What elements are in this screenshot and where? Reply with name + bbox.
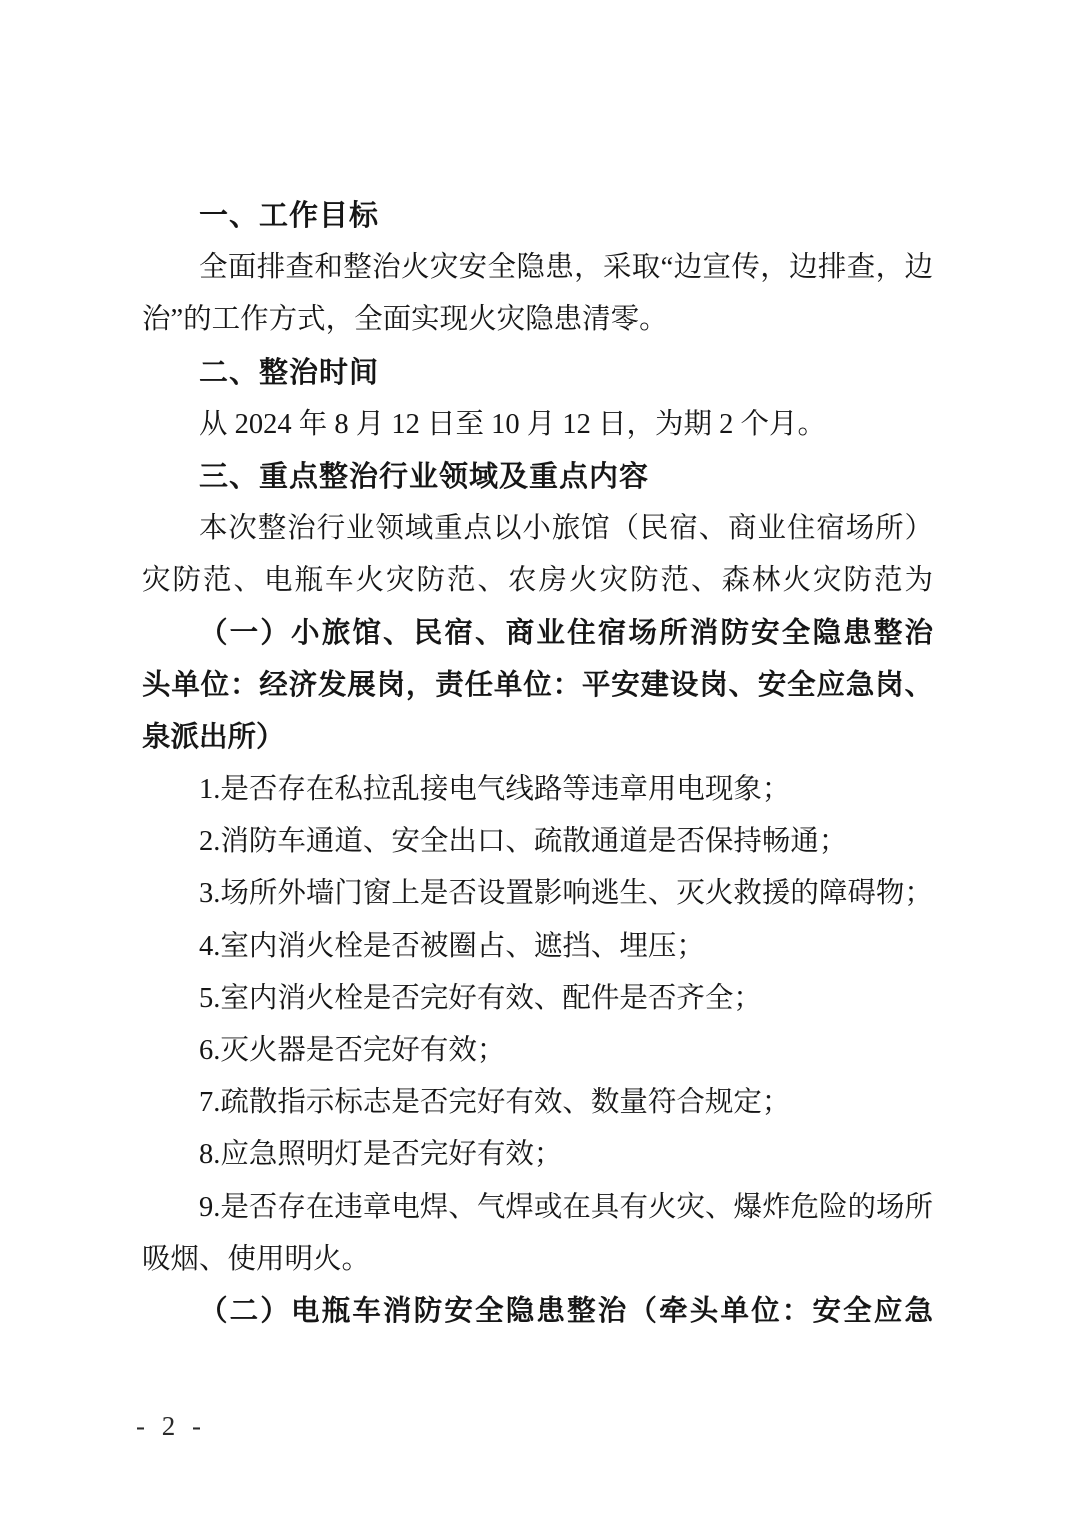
page-number: - 2 - [136, 1408, 206, 1444]
document-body: 一、工作目标 全面排查和整治火灾安全隐患，采取“边宣传，边排查，边整 治”的工作… [142, 190, 933, 1338]
heading-work-goals: 一、工作目标 [142, 190, 933, 242]
checklist-item-7: 7.疏散指示标志是否完好有效、数量符合规定； [142, 1077, 933, 1129]
checklist-item-2: 2.消防车通道、安全出口、疏散通道是否保持畅通； [142, 816, 933, 868]
checklist-item-9-line-2: 吸烟、使用明火。 [142, 1234, 933, 1286]
subheading-hotel-rectification-line-2: 头单位：经济发展岗，责任单位：平安建设岗、安全应急岗、东 [142, 660, 933, 712]
checklist-item-9-line-1: 9.是否存在违章电焊、气焊或在具有火灾、爆炸危险的场所 [142, 1182, 933, 1234]
document-page: 一、工作目标 全面排查和整治火灾安全隐患，采取“边宣传，边排查，边整 治”的工作… [0, 0, 1074, 1520]
checklist-item-5: 5.室内消火栓是否完好有效、配件是否齐全； [142, 973, 933, 1025]
para-rectification-time: 从 2024 年 8 月 12 日至 10 月 12 日，为期 2 个月。 [142, 399, 933, 451]
subheading-hotel-rectification-line-1: （一）小旅馆、民宿、商业住宿场所消防安全隐患整治（牵 [142, 608, 933, 660]
para-work-goals-line-1: 全面排查和整治火灾安全隐患，采取“边宣传，边排查，边整 [142, 242, 933, 294]
checklist-item-6: 6.灭火器是否完好有效； [142, 1025, 933, 1077]
heading-rectification-time: 二、整治时间 [142, 347, 933, 399]
para-key-industries-line-1: 本次整治行业领域重点以小旅馆（民宿、商业住宿场所）火 [142, 503, 933, 555]
heading-key-industries: 三、重点整治行业领域及重点内容 [142, 451, 933, 503]
checklist-item-3: 3.场所外墙门窗上是否设置影响逃生、灭火救援的障碍物； [142, 868, 933, 920]
checklist-item-1: 1.是否存在私拉乱接电气线路等违章用电现象； [142, 764, 933, 816]
checklist-item-8: 8.应急照明灯是否完好有效； [142, 1129, 933, 1181]
subheading-hotel-rectification-line-3: 泉派出所） [142, 712, 933, 764]
para-work-goals-line-2: 治”的工作方式，全面实现火灾隐患清零。 [142, 294, 933, 346]
checklist-item-4: 4.室内消火栓是否被圈占、遮挡、埋压； [142, 921, 933, 973]
subheading-ebike-rectification: （二）电瓶车消防安全隐患整治（牵头单位：安全应急岗， [142, 1286, 933, 1338]
para-key-industries-line-2: 灾防范、电瓶车火灾防范、农房火灾防范、森林火灾防范为主。 [142, 555, 933, 607]
